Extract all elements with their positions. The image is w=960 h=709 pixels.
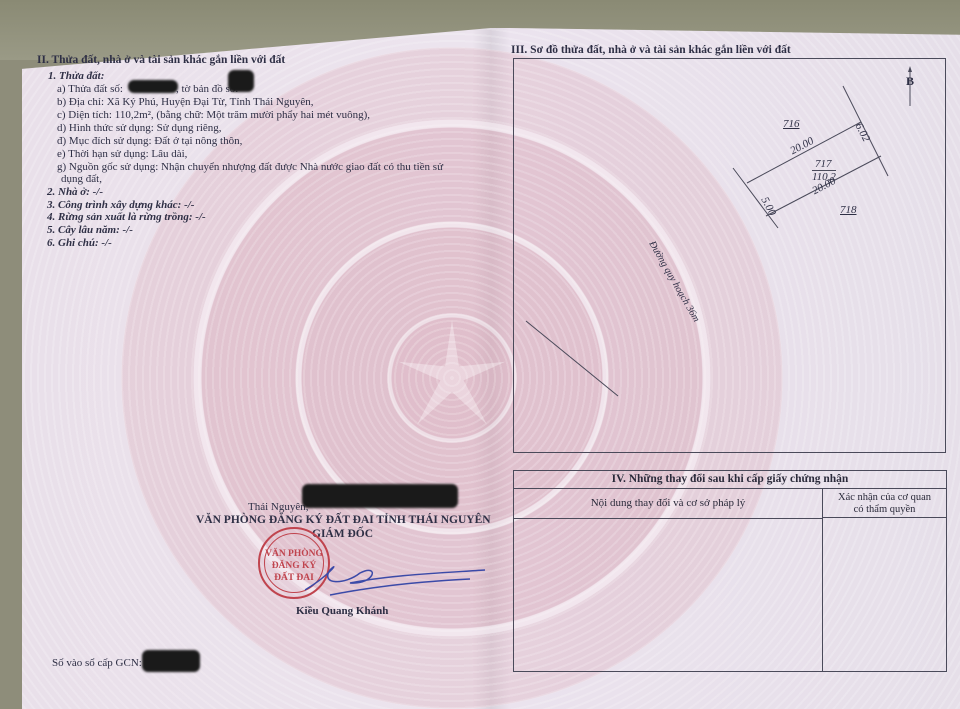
section-ii-title: II. Thửa đất, nhà ở và tài sản khác gắn … [37,54,285,68]
land-item-d: d) Hình thức sử dụng: Sử dụng riêng, [57,122,222,136]
item-notes: 6. Ghi chú: -/- [47,237,112,251]
land-item-b: b) Địa chỉ: Xã Ký Phú, Huyện Đại Từ, Tỉn… [57,96,313,110]
item-forest: 4. Rừng sản xuất là rừng trồng: -/- [47,211,206,225]
section-iii-title: III. Sơ đồ thửa đất, nhà ở và tài sản kh… [511,44,791,58]
land-item-g-line2: dụng đất, [61,173,102,187]
land-item-e: e) Thời hạn sử dụng: Lâu dài, [57,148,187,162]
changes-table: IV. Những thay đổi sau khi cấp giấy chứn… [513,470,947,672]
land-item-c: c) Diện tích: 110,2m², (bằng chữ: Một tr… [57,109,370,123]
column-divider [822,518,823,671]
redaction-date [302,484,458,508]
signature-place-date: Thái Nguyên, [248,501,308,515]
changes-table-title: IV. Những thay đổi sau khi cấp giấy chứn… [514,471,946,489]
signature-scribble-icon [300,555,490,600]
changes-col-confirmation: Xác nhận của cơ quan có thẩm quyền [823,489,946,518]
redaction-map-sheet [228,70,254,92]
neighbor-parcel-718: 718 [840,204,857,218]
land-item-dd: đ) Mục đích sử dụng: Đất ở tại nông thôn… [57,135,242,149]
land-item-a-prefix: a) Thửa đất số: [57,83,123,97]
redaction-parcel-number [128,80,178,93]
issuing-office: VĂN PHÒNG ĐĂNG KÝ ĐẤT ĐAI TỈNH THÁI NGUY… [196,514,491,528]
land-heading: 1. Thửa đất: [48,70,104,84]
parcel-diagram [513,58,945,451]
changes-col-content: Nội dung thay đổi và cơ sở pháp lý [514,489,823,519]
land-item-g-line1: g) Nguồn gốc sử dụng: Nhận chuyển nhượng… [57,161,443,175]
col2-line-1: Xác nhận của cơ quan [823,492,946,504]
neighbor-parcel-716: 716 [783,118,800,132]
signer-name: Kiều Quang Khánh [296,605,388,619]
item-house: 2. Nhà ở: -/- [47,186,103,200]
redaction-registry-number [142,650,200,672]
item-perennial-trees: 5. Cây lâu năm: -/- [47,224,133,238]
drum-star-watermark-icon [394,320,510,436]
north-label: B [906,75,914,89]
col2-line-2: có thẩm quyền [823,504,946,516]
